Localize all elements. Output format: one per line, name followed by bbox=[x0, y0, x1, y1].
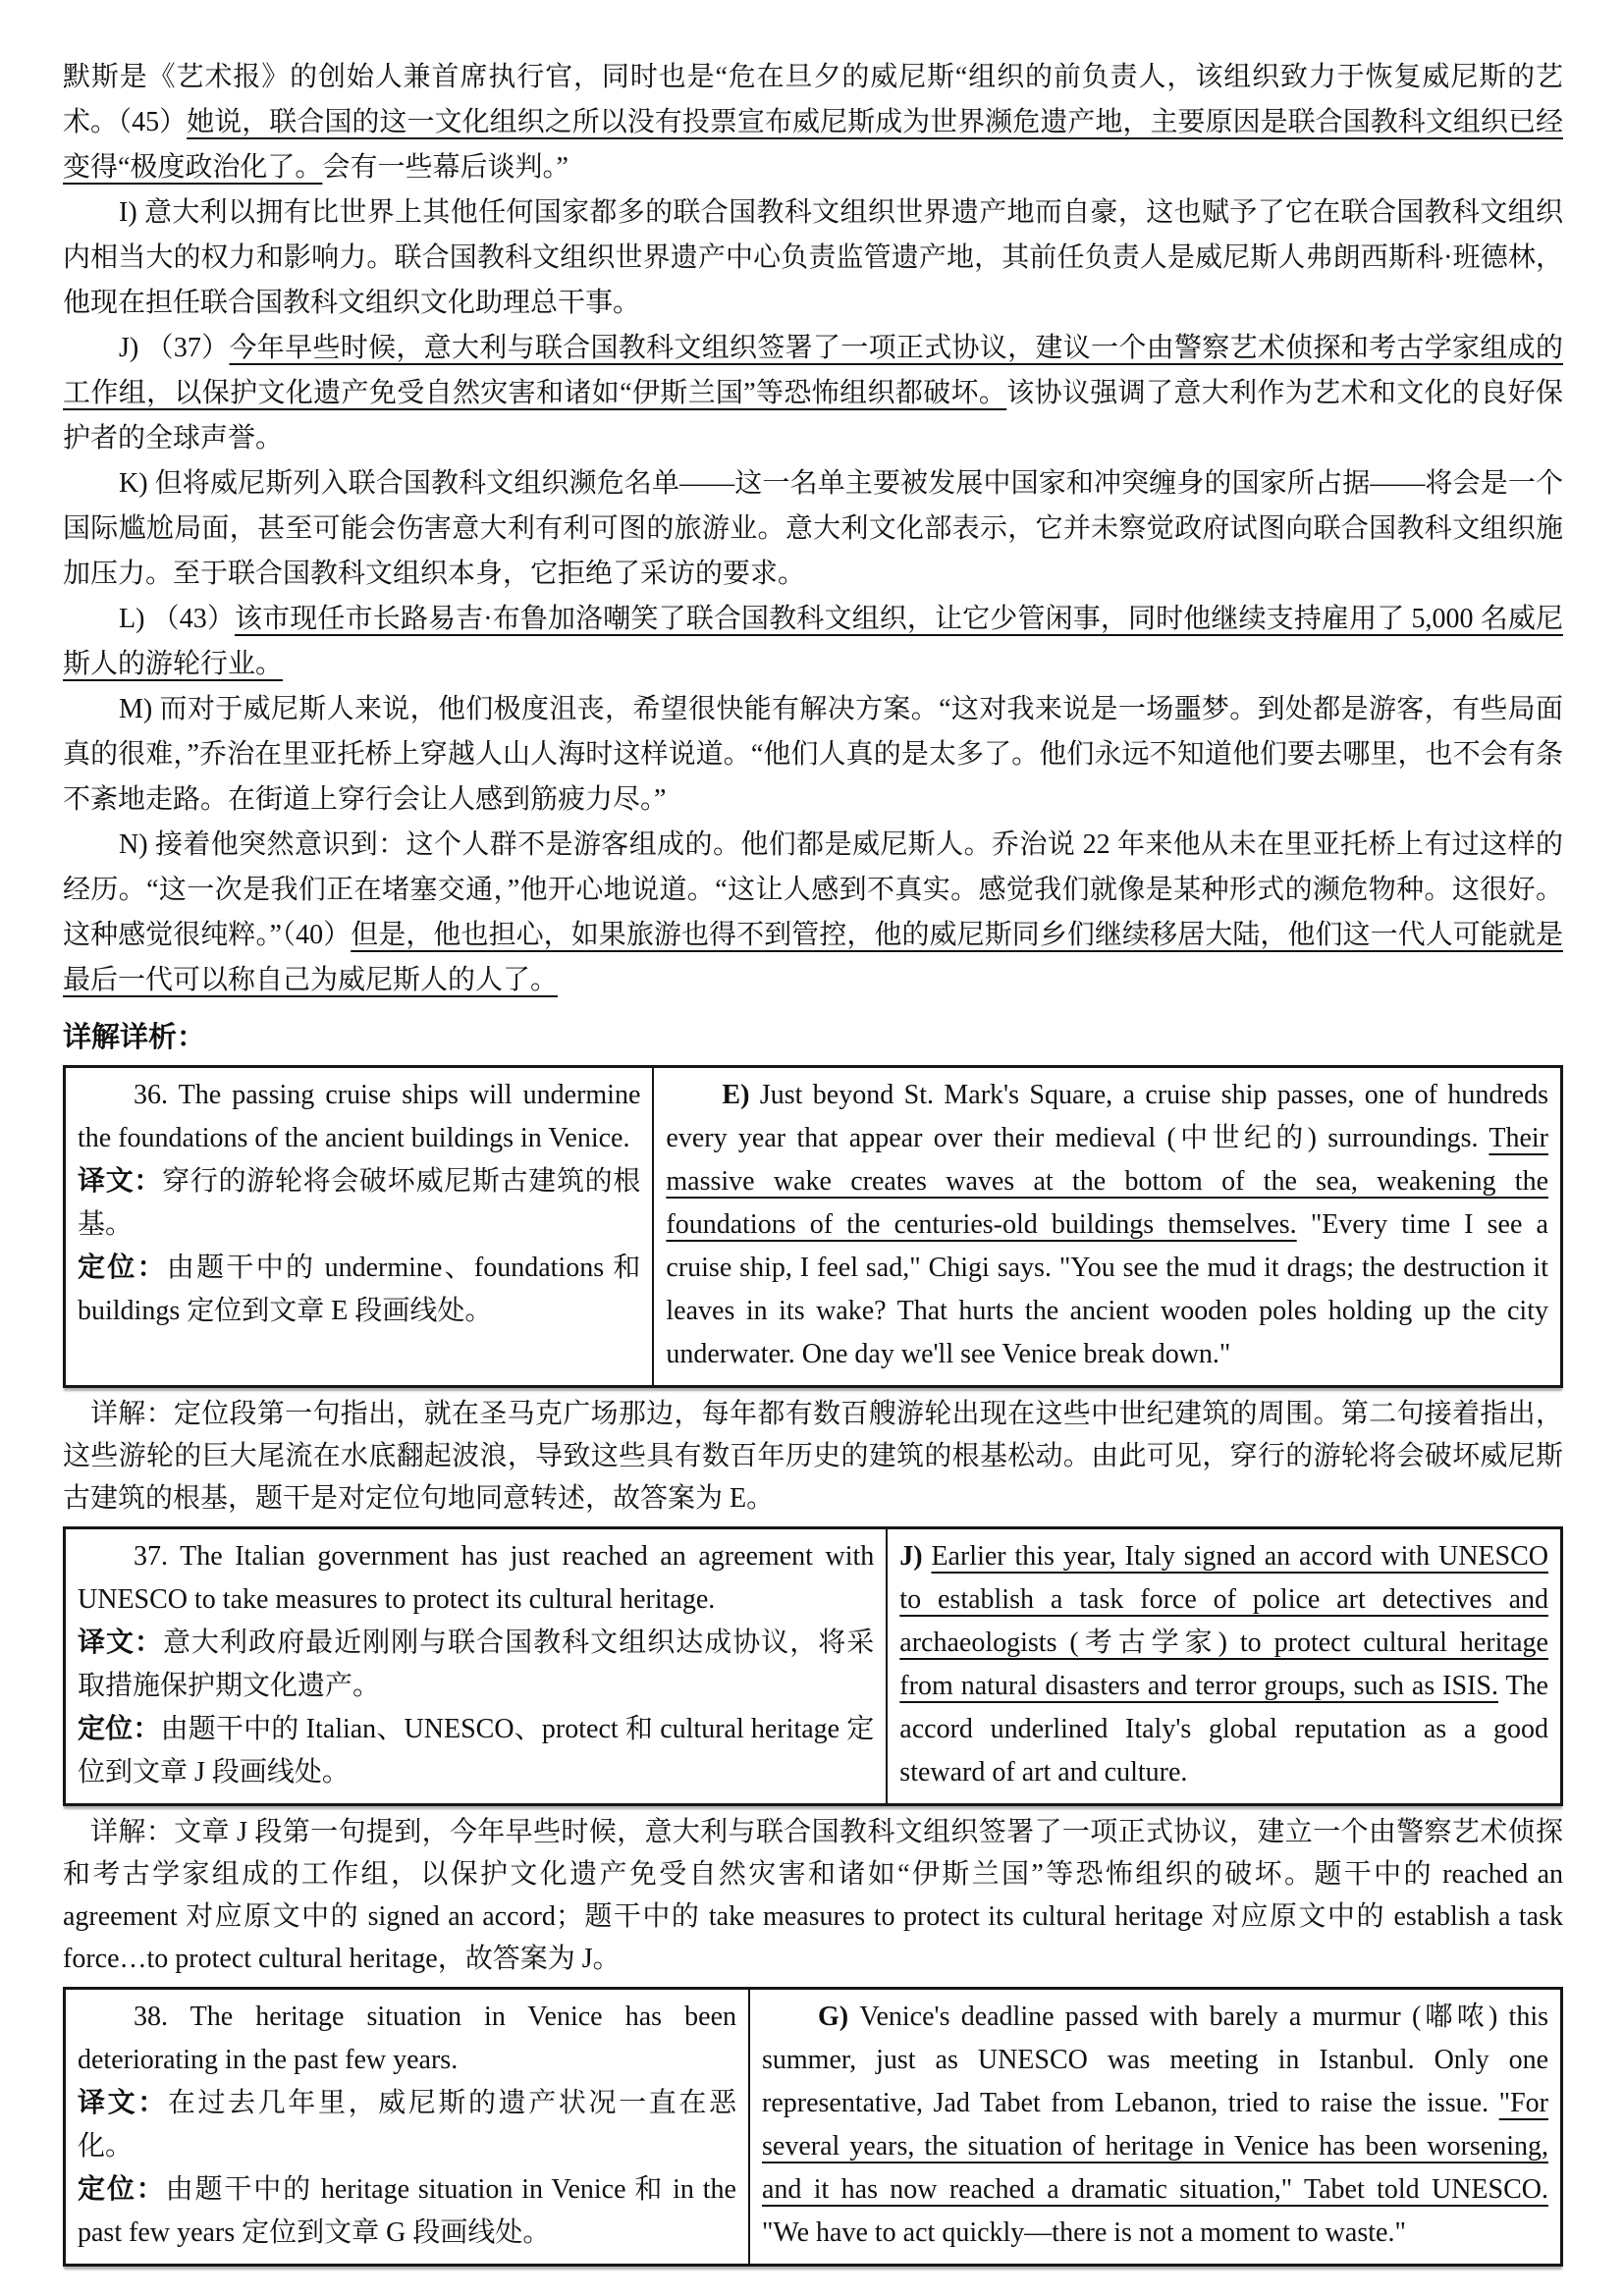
text-segment: Venice's deadline passed with barely a m… bbox=[762, 2002, 1548, 2118]
table-row: 38. The heritage situation in Venice has… bbox=[65, 1989, 1562, 2266]
translation-text: 译文：在过去几年里，威尼斯的遗产状况一直在恶化。 bbox=[78, 2082, 736, 2168]
text-segment: 译文： bbox=[78, 2088, 168, 2118]
text-segment: 38. The heritage situation in Venice has… bbox=[78, 2002, 736, 2075]
text-segment: J) （37） bbox=[119, 333, 229, 363]
question-text: 38. The heritage situation in Venice has… bbox=[78, 1996, 736, 2082]
answer-paragraph: G) Venice's deadline passed with barely … bbox=[762, 1996, 1548, 2255]
question-cell-37: 37. The Italian government has just reac… bbox=[65, 1528, 888, 1805]
text-segment: I) 意大利以拥有比世界上其他任何国家都多的联合国教科文组织世界遗产地而自豪，这… bbox=[63, 197, 1563, 318]
text-segment: M) 而对于威尼斯人来说，他们极度沮丧，希望很快能有解决方案。“这对我来说是一场… bbox=[63, 694, 1563, 815]
paragraph-K: K) 但将威尼斯列入联合国教科文组织濒危名单——这一名单主要被发展中国家和冲突缠… bbox=[63, 461, 1563, 597]
paragraph-I: I) 意大利以拥有比世界上其他任何国家都多的联合国教科文组织世界遗产地而自豪，这… bbox=[63, 190, 1563, 326]
text-segment: 详解：文章 J 段第一句提到，今年早些时候，意大利与联合国教科文组织签署了一项正… bbox=[63, 1817, 1563, 1974]
table-row: 36. The passing cruise ships will underm… bbox=[65, 1067, 1562, 1387]
translation-text: 译文：穿行的游轮将会破坏威尼斯古建筑的根基。 bbox=[78, 1160, 640, 1247]
text-segment: G) bbox=[818, 2002, 859, 2032]
paragraph-N: N) 接着他突然意识到：这个人群不是游客组成的。他们都是威尼斯人。乔治说 22 … bbox=[63, 823, 1563, 1003]
text-segment: 36. The passing cruise ships will underm… bbox=[78, 1080, 640, 1153]
underlined-text: Earlier this year, Italy signed an accor… bbox=[899, 1541, 1548, 1701]
answer-paragraph: E) Just beyond St. Mark's Square, a crui… bbox=[666, 1074, 1548, 1376]
question-text: 37. The Italian government has just reac… bbox=[78, 1535, 874, 1622]
analysis-36: 详解：定位段第一句指出，就在圣马克广场那边，每年都有数百艘游轮出现在这些中世纪建… bbox=[63, 1393, 1563, 1520]
translation-text: 译文：意大利政府最近刚刚与联合国教科文组织达成协议，将采取措施保护期文化遗产。 bbox=[78, 1622, 874, 1708]
text-segment: 定位： bbox=[78, 2174, 166, 2205]
text-segment: 译文： bbox=[78, 1166, 162, 1197]
analysis-37: 详解：文章 J 段第一句提到，今年早些时候，意大利与联合国教科文组织签署了一项正… bbox=[63, 1811, 1563, 1980]
answer-cell-38: G) Venice's deadline passed with barely … bbox=[749, 1989, 1562, 2266]
text-segment: E) bbox=[722, 1080, 759, 1110]
locating-text: 定位：由题干中的 undermine、foundations 和 buildin… bbox=[78, 1247, 640, 1333]
paragraph-M: M) 而对于威尼斯人来说，他们极度沮丧，希望很快能有解决方案。“这对我来说是一场… bbox=[63, 687, 1563, 823]
qa-table-37: 37. The Italian government has just reac… bbox=[63, 1526, 1563, 1806]
underlined-text: 她说，联合国的这一文化组织之所以没有投票宣布威尼斯成为世界濒危遗产地，主要原因是… bbox=[63, 107, 1563, 183]
text-segment: 定位： bbox=[78, 1714, 161, 1744]
answer-cell-36: E) Just beyond St. Mark's Square, a crui… bbox=[653, 1067, 1561, 1387]
text-segment: K) 但将威尼斯列入联合国教科文组织濒危名单——这一名单主要被发展中国家和冲突缠… bbox=[63, 468, 1563, 589]
question-cell-38: 38. The heritage situation in Venice has… bbox=[65, 1989, 750, 2266]
question-cell-36: 36. The passing cruise ships will underm… bbox=[65, 1067, 654, 1387]
text-segment: 译文： bbox=[78, 1628, 163, 1658]
text-segment: 穿行的游轮将会破坏威尼斯古建筑的根基。 bbox=[78, 1166, 640, 1240]
text-segment: "We have to act quickly—there is not a m… bbox=[762, 2217, 1406, 2248]
qa-table-38: 38. The heritage situation in Venice has… bbox=[63, 1987, 1563, 2267]
text-segment: 在过去几年里，威尼斯的遗产状况一直在恶化。 bbox=[78, 2088, 736, 2162]
section-heading: 详解详析： bbox=[63, 1015, 1563, 1055]
text-segment: J) bbox=[899, 1541, 931, 1572]
text-segment: Just beyond St. Mark's Square, a cruise … bbox=[666, 1080, 1548, 1153]
underlined-text: 该市现任市长路易吉·布鲁加洛嘲笑了联合国教科文组织，让它少管闲事，同时他继续支持… bbox=[63, 604, 1563, 679]
text-segment: 定位： bbox=[78, 1253, 167, 1283]
qa-table-36: 36. The passing cruise ships will underm… bbox=[63, 1065, 1563, 1388]
text-segment: 由题干中的 Italian、UNESCO、protect 和 cultural … bbox=[78, 1714, 874, 1788]
document-page: 默斯是《艺术报》的创始人兼首席执行官，同时也是“危在旦夕的威尼斯“组织的前负责人… bbox=[0, 0, 1624, 2267]
text-segment: 意大利政府最近刚刚与联合国教科文组织达成协议，将采取措施保护期文化遗产。 bbox=[78, 1628, 874, 1701]
paragraph-J: J) （37）今年早些时候，意大利与联合国教科文组织签署了一项正式协议，建议一个… bbox=[63, 326, 1563, 461]
table-row: 37. The Italian government has just reac… bbox=[65, 1528, 1562, 1805]
text-segment: 会有一些幕后谈判。” bbox=[322, 152, 568, 183]
paragraph-L: L) （43）该市现任市长路易吉·布鲁加洛嘲笑了联合国教科文组织，让它少管闲事，… bbox=[63, 597, 1563, 687]
text-segment: 由题干中的 heritage situation in Venice 和 in … bbox=[78, 2174, 736, 2248]
answer-paragraph: J) Earlier this year, Italy signed an ac… bbox=[899, 1535, 1548, 1794]
text-segment: 详解：定位段第一句指出，就在圣马克广场那边，每年都有数百艘游轮出现在这些中世纪建… bbox=[63, 1399, 1563, 1514]
locating-text: 定位：由题干中的 heritage situation in Venice 和 … bbox=[78, 2168, 736, 2255]
question-text: 36. The passing cruise ships will underm… bbox=[78, 1074, 640, 1160]
locating-text: 定位：由题干中的 Italian、UNESCO、protect 和 cultur… bbox=[78, 1708, 874, 1794]
answer-cell-37: J) Earlier this year, Italy signed an ac… bbox=[887, 1528, 1561, 1805]
paragraph-intro: 默斯是《艺术报》的创始人兼首席执行官，同时也是“危在旦夕的威尼斯“组织的前负责人… bbox=[63, 55, 1563, 190]
text-segment: 37. The Italian government has just reac… bbox=[78, 1541, 874, 1615]
text-segment: L) （43） bbox=[119, 604, 235, 634]
